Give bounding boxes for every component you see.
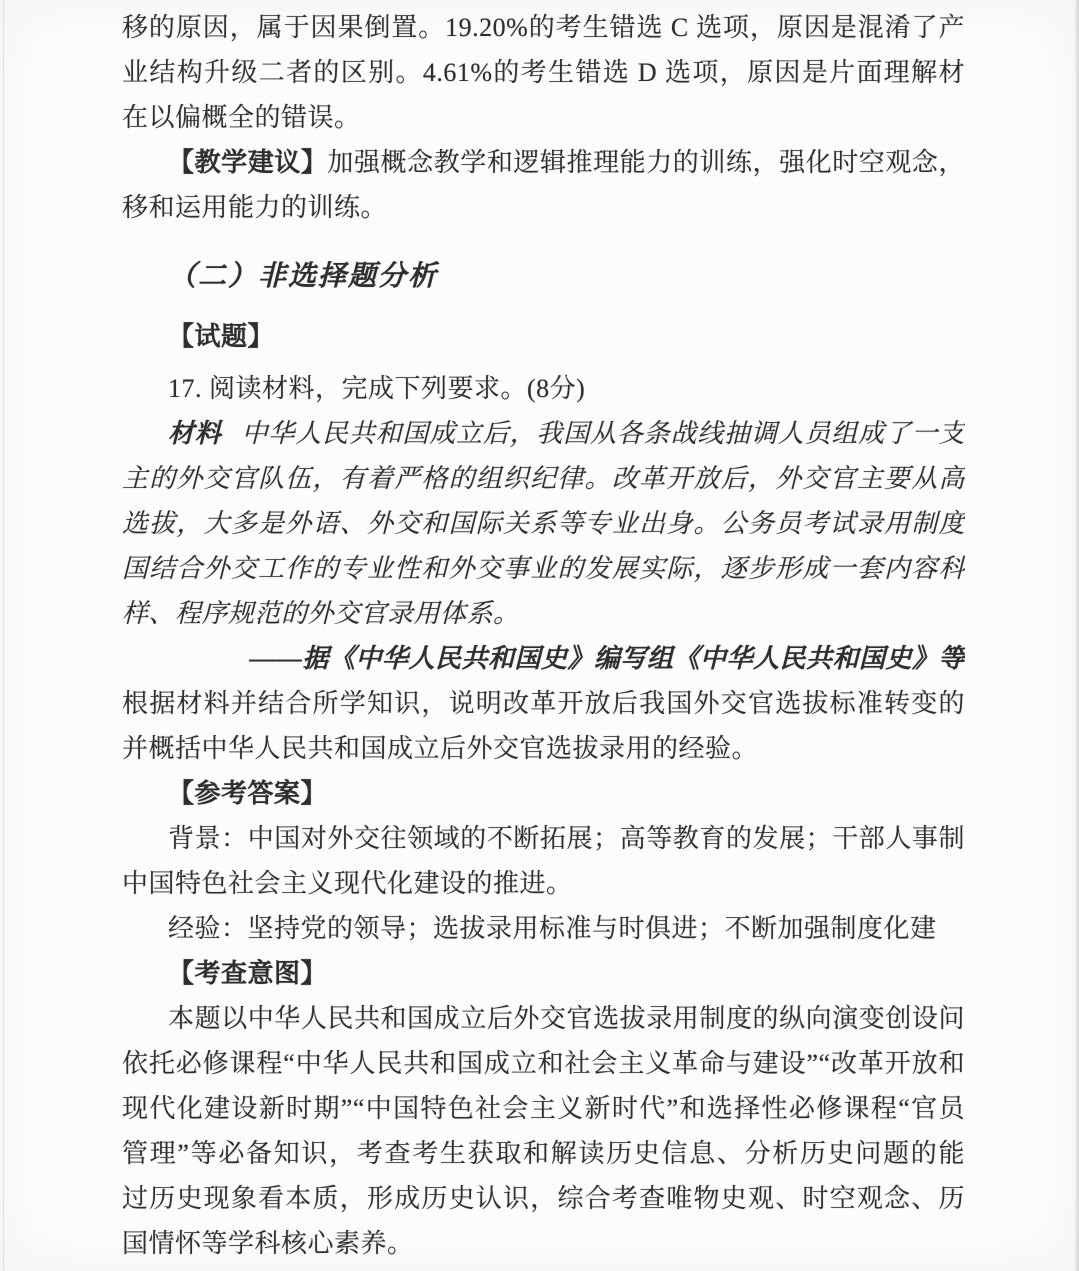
material-line: 样、程序规范的外交官录用体系。 xyxy=(122,591,965,636)
question-17-line: 17. 阅读材料，完成下列要求。(8分) xyxy=(122,366,965,411)
teaching-advice-line: 【教学建议】加强概念教学和逻辑推理能力的训练，强化时空观念，加强知识迁 xyxy=(122,140,965,185)
material-label: 材料 xyxy=(168,419,222,448)
material-line: 材料中华人民共和国成立后，我国从各条战线抽调人员组成了一支以军人为 xyxy=(122,411,965,456)
exam-intent-line: 依托必修课程“中华人民共和国成立和社会主义革命与建设”“改革开放和社会主义 xyxy=(122,1041,965,1086)
exam-intent-line: 管理”等必备知识，考查考生获取和解读历史信息、分析历史问题的能力，进而透 xyxy=(122,1131,965,1176)
page-left-edge xyxy=(3,0,4,1271)
exam-intent-line: 过历史现象看本质，形成历史认识，综合考查唯物史观、时空观念、历史解释和家 xyxy=(122,1176,965,1221)
page-right-edge xyxy=(1074,0,1079,1271)
exam-intent-line: 国情怀等学科核心素养。 xyxy=(122,1221,965,1266)
choice-analysis-line: 在以偏概全的错误。 xyxy=(122,95,965,140)
choice-analysis-line: 业结构升级二者的区别。4.61%的考生错选 D 选项，原因是片面理解材料信息，存 xyxy=(122,50,965,95)
teaching-advice-line: 移和运用能力的训练。 xyxy=(122,185,965,230)
exam-intent-label: 【考查意图】 xyxy=(122,951,965,996)
answer-background-line: 中国特色社会主义现代化建设的推进。 xyxy=(122,861,965,906)
document-page: 移的原因，属于因果倒置。19.20%的考生错选 C 选项，原因是混淆了产业转移与… xyxy=(0,0,1079,1271)
material-line: 选拔，大多是外语、外交和国际关系等专业出身。公务员考试录用制度建立后，我 xyxy=(122,501,965,546)
material-text: 中华人民共和国成立后，我国从各条战线抽调人员组成了一支以军人为 xyxy=(122,419,965,456)
material-line: 国结合外交工作的专业性和外交事业的发展实际，逐步形成一套内容科学、方式多 xyxy=(122,546,965,591)
teaching-advice-label: 【教学建议】 xyxy=(168,148,327,177)
question-section-label: 【试题】 xyxy=(122,314,965,359)
answer-experience-line: 经验：坚持党的领导；选拔录用标准与时俱进；不断加强制度化建设。 xyxy=(122,906,965,951)
section-heading: （二）非选择题分析 xyxy=(122,254,965,299)
exam-intent-line: 本题以中华人民共和国成立后外交官选拔录用制度的纵向演变创设问题情境， xyxy=(122,996,965,1041)
exam-intent-line: 现代化建设新时期”“中国特色社会主义新时代”和选择性必修课程“官员的选拔与 xyxy=(122,1086,965,1131)
answer-background-line: 背景：中国对外交往领域的不断拓展；高等教育的发展；干部人事制度的改革； xyxy=(122,816,965,861)
material-source: ——据《中华人民共和国史》编写组《中华人民共和国史》等 xyxy=(122,636,965,681)
reference-answer-label: 【参考答案】 xyxy=(122,771,965,816)
document-body: 移的原因，属于因果倒置。19.20%的考生错选 C 选项，原因是混淆了产业转移与… xyxy=(122,5,965,1266)
task-line: 并概括中华人民共和国成立后外交官选拔录用的经验。 xyxy=(122,726,965,771)
task-line: 根据材料并结合所学知识，说明改革开放后我国外交官选拔标准转变的历史背景， xyxy=(122,681,965,726)
material-line: 主的外交官队伍，有着严格的组织纪律。改革开放后，外交官主要从高校毕业生中 xyxy=(122,456,965,501)
choice-analysis-line: 移的原因，属于因果倒置。19.20%的考生错选 C 选项，原因是混淆了产业转移与… xyxy=(122,5,965,50)
